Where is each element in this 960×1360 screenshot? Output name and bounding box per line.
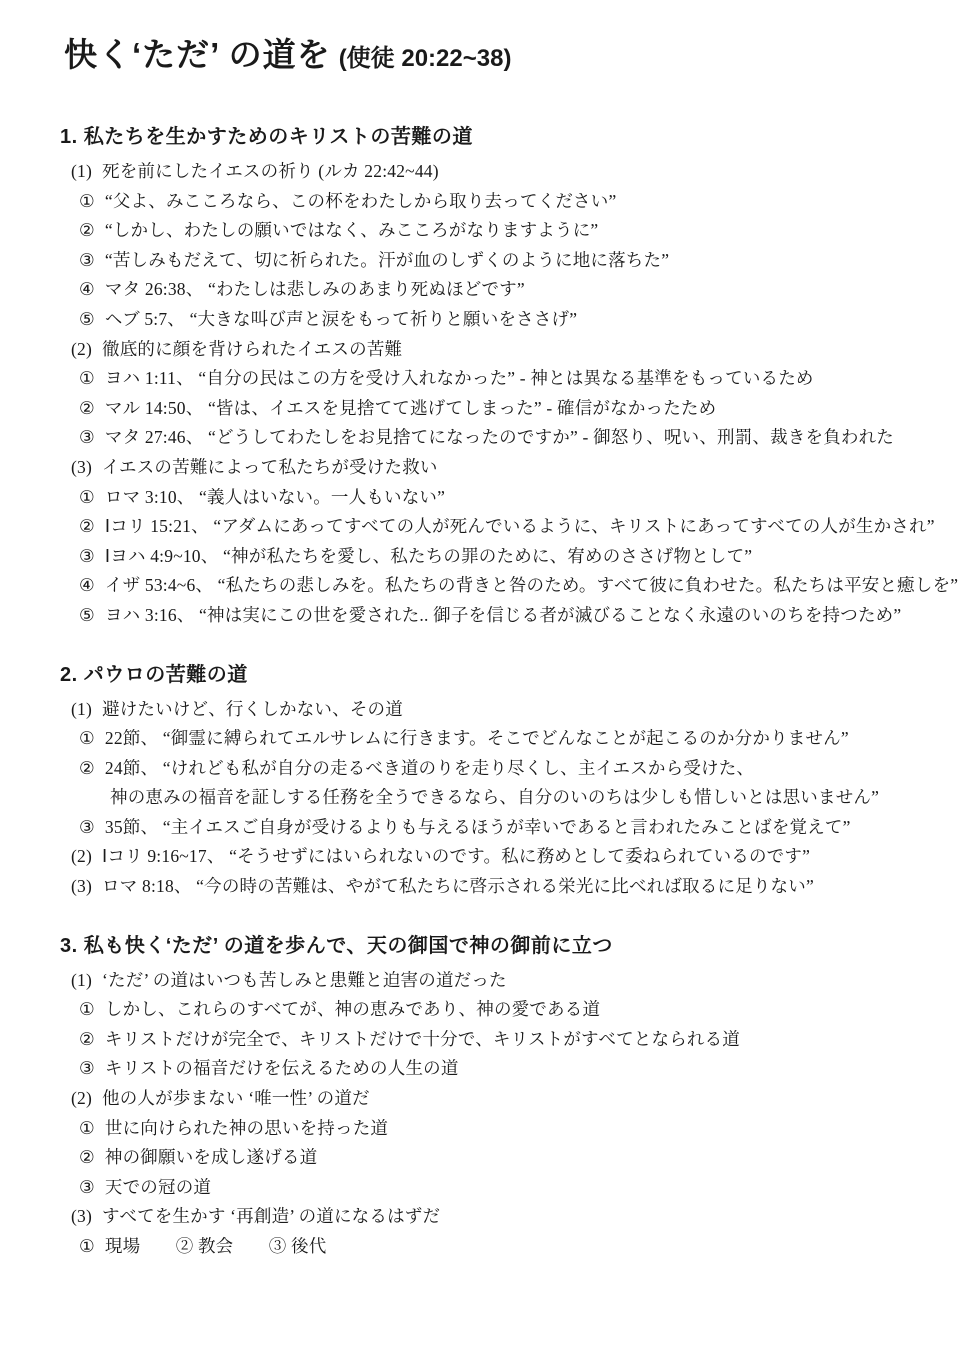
line-text: キリストの福音だけを伝えるための人生の道 <box>105 1058 459 1078</box>
outline-line: ③天での冠の道 <box>79 1173 960 1203</box>
section-heading: 2. パウロの苦難の道 <box>60 662 960 688</box>
line-marker: ② <box>79 1147 95 1167</box>
document-title: 快く‘ただ’ の道を <box>64 36 331 73</box>
line-text: “父よ、みこころなら、この杯をわたしから取り去ってください” <box>105 191 617 211</box>
line-text: しかし、これらのすべてが、神の恵みであり、神の愛である道 <box>105 999 600 1019</box>
document-title-row: 快く‘ただ’ の道を(使徒 20:22~38) <box>64 0 960 80</box>
line-marker: ⑤ <box>79 309 95 329</box>
outline-line: ③“苦しみもだえて、切に祈られた。汗が血のしずくのように地に落ちた” <box>79 246 960 276</box>
outline-line: ①ヨハ 1:11、 “自分の民はこの方を受け入れなかった” - 神とは異なる基準… <box>79 364 960 394</box>
line-text: “しかし、わたしの願いではなく、みこころがなりますように” <box>105 220 598 240</box>
line-marker: ① <box>79 368 95 388</box>
section-lines: (1)‘ただ’ の道はいつも苦しみと患難と迫害の道だった①しかし、これらのすべて… <box>0 966 960 1262</box>
line-marker: ① <box>79 999 95 1019</box>
outline-line: (2)徹底的に顔を背けられたイエスの苦難 <box>71 335 960 365</box>
line-marker: ② <box>79 220 95 240</box>
line-marker: ③ <box>79 427 95 447</box>
title-scripture-reference: (使徒 20:22~38) <box>339 45 512 72</box>
outline-line: (1)死を前にしたイエスの祈り (ルカ 22:42~44) <box>71 157 960 187</box>
section-lines: (1)死を前にしたイエスの祈り (ルカ 22:42~44)①“父よ、みこころなら… <box>0 157 960 631</box>
outline-line: ④マタ 26:38、 “わたしは悲しみのあまり死ぬほどです” <box>79 275 960 305</box>
outline-line: ③35節、 “主イエスご自身が受けるよりも与えるほうが幸いであると言われたみこと… <box>79 813 960 843</box>
outline-line: (2)Ⅰコリ 9:16~17、 “そうせずにはいられないのです。私に務めとして委… <box>71 842 960 872</box>
line-text: ヨハ 3:16、 “神は実にこの世を愛された.. 御子を信じる者が滅びることなく… <box>105 605 901 625</box>
line-text: 現場 ② 教会 ③ 後代 <box>105 1236 327 1256</box>
line-marker: ① <box>79 728 95 748</box>
outline-line: ②マル 14:50、 “皆は、イエスを見捨てて逃げてしまった” - 確信がなかっ… <box>79 394 960 424</box>
line-text: マタ 27:46、 “どうしてわたしをお見捨てになったのですか” - 御怒り、呪… <box>105 427 894 447</box>
line-text: 徹底的に顔を背けられたイエスの苦難 <box>102 339 402 359</box>
line-text: 死を前にしたイエスの祈り (ルカ 22:42~44) <box>102 161 439 181</box>
outline-line: (1)‘ただ’ の道はいつも苦しみと患難と迫害の道だった <box>71 966 960 996</box>
outline-line: ①世に向けられた神の思いを持った道 <box>79 1114 960 1144</box>
outline-line: 神の恵みの福音を証しする任務を全うできるなら、自分のいのちは少しも惜しいとは思い… <box>110 783 960 813</box>
line-marker: ④ <box>79 575 95 595</box>
line-marker: ① <box>79 487 95 507</box>
line-marker: ① <box>79 191 95 211</box>
line-text: ロマ 8:18、 “今の時の苦難は、やがて私たちに啓示される栄光に比べれば取るに… <box>102 876 814 896</box>
line-marker: ② <box>79 398 95 418</box>
section-heading: 1. 私たちを生かすためのキリストの苦難の道 <box>60 124 960 150</box>
line-text: キリストだけが完全で、キリストだけで十分で、キリストがすべてとなられる道 <box>105 1029 740 1049</box>
line-marker: ② <box>79 516 95 536</box>
line-marker: (1) <box>71 970 92 990</box>
line-marker: ③ <box>79 817 95 837</box>
line-text: マタ 26:38、 “わたしは悲しみのあまり死ぬほどです” <box>105 279 525 299</box>
line-text: 天での冠の道 <box>105 1177 211 1197</box>
section-heading: 3. 私も快く‘ただ’ の道を歩んで、天の御国で神の御前に立つ <box>60 933 960 959</box>
line-text: ‘ただ’ の道はいつも苦しみと患難と迫害の道だった <box>102 970 507 990</box>
line-text: 世に向けられた神の思いを持った道 <box>105 1118 388 1138</box>
outline-line: ①“父よ、みこころなら、この杯をわたしから取り去ってください” <box>79 187 960 217</box>
outline-line: ②Ⅰコリ 15:21、 “アダムにあってすべての人が死んでいるように、キリストに… <box>79 512 960 542</box>
line-marker: ① <box>79 1118 95 1138</box>
outline-line: ②24節、 “けれども私が自分の走るべき道のりを走り尽くし、主イエスから受けた、 <box>79 754 960 784</box>
outline-line: ①現場 ② 教会 ③ 後代 <box>79 1232 960 1262</box>
line-marker: ② <box>79 758 95 778</box>
outline-line: (3)すべてを生かす ‘再創造’ の道になるはずだ <box>71 1202 960 1232</box>
section-paul-suffering: 2. パウロの苦難の道 (1)避けたいけど、行くしかない、その道①22節、 “御… <box>0 662 960 902</box>
outline-line: ②“しかし、わたしの願いではなく、みこころがなりますように” <box>79 216 960 246</box>
line-text: すべてを生かす ‘再創造’ の道になるはずだ <box>102 1206 440 1226</box>
outline-line: (3)イエスの苦難によって私たちが受けた救い <box>71 453 960 483</box>
section-my-path: 3. 私も快く‘ただ’ の道を歩んで、天の御国で神の御前に立つ (1)‘ただ’ … <box>0 933 960 1262</box>
line-marker: ③ <box>79 1058 95 1078</box>
line-text: 24節、 “けれども私が自分の走るべき道のりを走り尽くし、主イエスから受けた、 <box>105 758 754 778</box>
line-marker: (3) <box>71 457 92 477</box>
line-text: ヨハ 1:11、 “自分の民はこの方を受け入れなかった” - 神とは異なる基準を… <box>105 368 814 388</box>
section-lines: (1)避けたいけど、行くしかない、その道①22節、 “御霊に縛られてエルサレムに… <box>0 695 960 902</box>
line-marker: (1) <box>71 699 92 719</box>
line-marker: ① <box>79 1236 95 1256</box>
line-marker: (1) <box>71 161 92 181</box>
line-text: マル 14:50、 “皆は、イエスを見捨てて逃げてしまった” - 確信がなかった… <box>105 398 716 418</box>
outline-line: ②神の御願いを成し遂げる道 <box>79 1143 960 1173</box>
outline-line: ⑤ヘブ 5:7、 “大きな叫び声と涙をもって祈りと願いをささげ” <box>79 305 960 335</box>
outline-line: ②キリストだけが完全で、キリストだけで十分で、キリストがすべてとなられる道 <box>79 1025 960 1055</box>
section-christ-suffering: 1. 私たちを生かすためのキリストの苦難の道 (1)死を前にしたイエスの祈り (… <box>0 124 960 631</box>
outline-line: ①しかし、これらのすべてが、神の恵みであり、神の愛である道 <box>79 995 960 1025</box>
line-marker: ④ <box>79 279 95 299</box>
document-page: 快く‘ただ’ の道を(使徒 20:22~38) 1. 私たちを生かすためのキリス… <box>0 0 960 1360</box>
outline-line: (2)他の人が歩まない ‘唯一性’ の道だ <box>71 1084 960 1114</box>
line-marker: (2) <box>71 1088 92 1108</box>
outline-line: (3)ロマ 8:18、 “今の時の苦難は、やがて私たちに啓示される栄光に比べれば… <box>71 872 960 902</box>
line-marker: (3) <box>71 1206 92 1226</box>
outline-line: ③キリストの福音だけを伝えるための人生の道 <box>79 1054 960 1084</box>
line-text: Ⅰヨハ 4:9~10、 “神が私たちを愛し、私たちの罪のために、宥めのささげ物と… <box>105 546 752 566</box>
outline-line: ③Ⅰヨハ 4:9~10、 “神が私たちを愛し、私たちの罪のために、宥めのささげ物… <box>79 542 960 572</box>
line-text: “苦しみもだえて、切に祈られた。汗が血のしずくのように地に落ちた” <box>105 250 669 270</box>
line-text: 22節、 “御霊に縛られてエルサレムに行きます。そこでどんなことが起こるのか分か… <box>105 728 849 748</box>
line-marker: (2) <box>71 846 92 866</box>
line-text: 他の人が歩まない ‘唯一性’ の道だ <box>102 1088 370 1108</box>
line-text: イエスの苦難によって私たちが受けた救い <box>102 457 438 477</box>
line-marker: ③ <box>79 250 95 270</box>
line-text: 35節、 “主イエスご自身が受けるよりも与えるほうが幸いであると言われたみことば… <box>105 817 851 837</box>
outline-line: (1)避けたいけど、行くしかない、その道 <box>71 695 960 725</box>
line-text: Ⅰコリ 15:21、 “アダムにあってすべての人が死んでいるように、キリストにあ… <box>105 516 935 536</box>
outline-line: ⑤ヨハ 3:16、 “神は実にこの世を愛された.. 御子を信じる者が滅びることな… <box>79 601 960 631</box>
line-text: ヘブ 5:7、 “大きな叫び声と涙をもって祈りと願いをささげ” <box>105 309 577 329</box>
line-text: 避けたいけど、行くしかない、その道 <box>102 699 403 719</box>
line-text: Ⅰコリ 9:16~17、 “そうせずにはいられないのです。私に務めとして委ねられ… <box>102 846 810 866</box>
line-text: イザ 53:4~6、 “私たちの悲しみを。私たちの背きと咎のため。すべて彼に負わ… <box>105 575 958 595</box>
line-text: 神の恵みの福音を証しする任務を全うできるなら、自分のいのちは少しも惜しいとは思い… <box>110 787 879 807</box>
outline-line: ①ロマ 3:10、 “義人はいない。一人もいない” <box>79 483 960 513</box>
line-marker: ② <box>79 1029 95 1049</box>
line-marker: (2) <box>71 339 92 359</box>
line-marker: ③ <box>79 546 95 566</box>
line-marker: ⑤ <box>79 605 95 625</box>
outline-line: ③マタ 27:46、 “どうしてわたしをお見捨てになったのですか” - 御怒り、… <box>79 423 960 453</box>
outline-line: ④イザ 53:4~6、 “私たちの悲しみを。私たちの背きと咎のため。すべて彼に負… <box>79 571 960 601</box>
line-marker: ③ <box>79 1177 95 1197</box>
line-text: 神の御願いを成し遂げる道 <box>105 1147 317 1167</box>
line-marker: (3) <box>71 876 92 896</box>
line-text: ロマ 3:10、 “義人はいない。一人もいない” <box>105 487 445 507</box>
outline-line: ①22節、 “御霊に縛られてエルサレムに行きます。そこでどんなことが起こるのか分… <box>79 724 960 754</box>
